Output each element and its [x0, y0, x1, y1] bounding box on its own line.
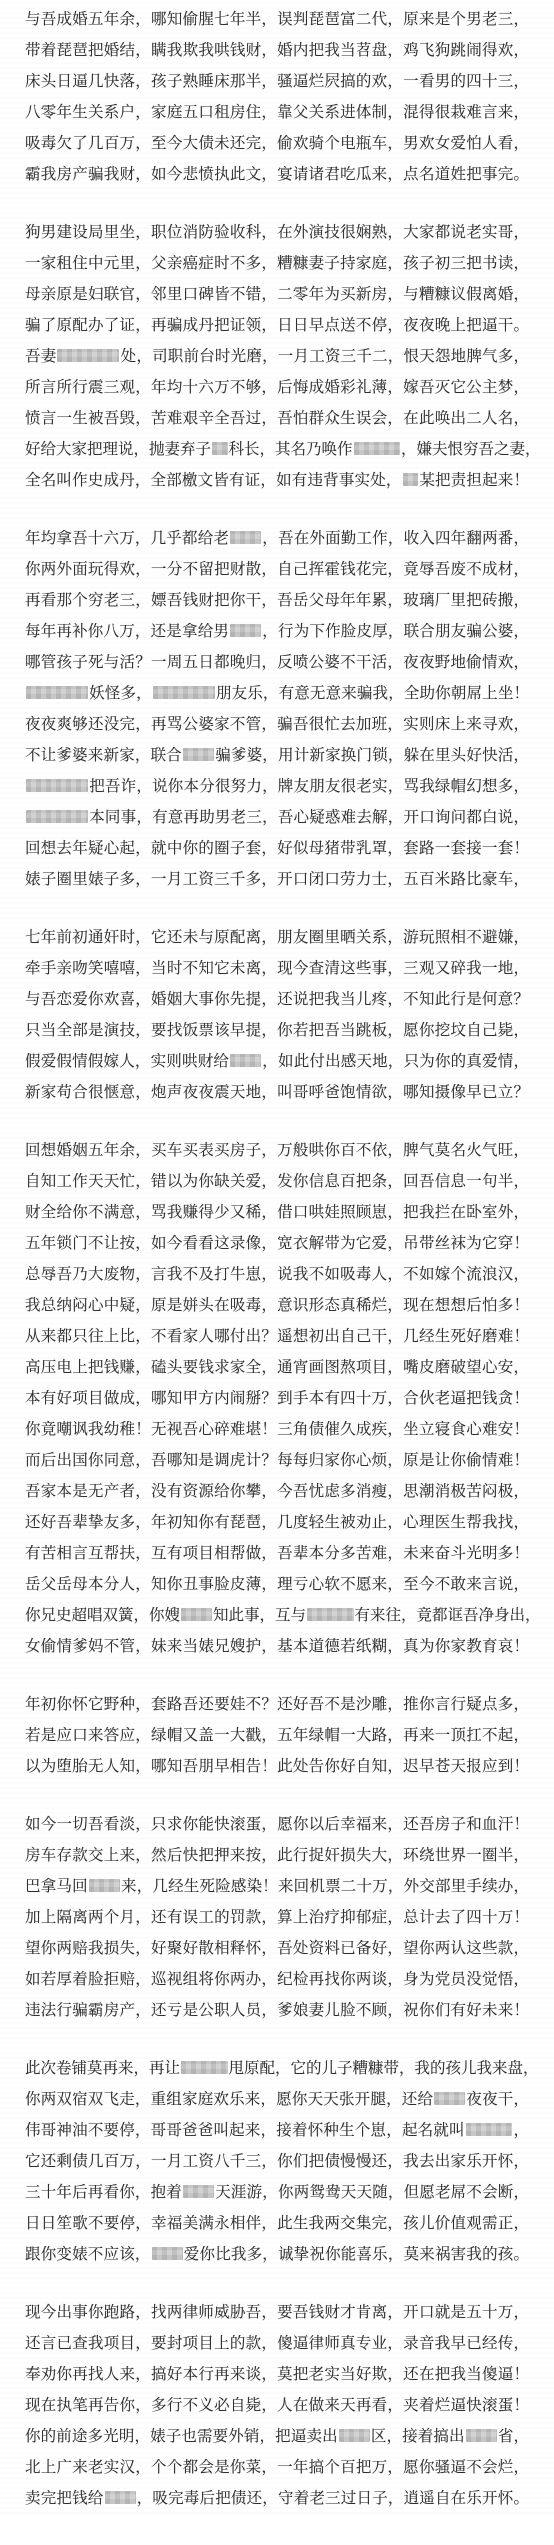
poem-line: 现在执笔再告你，多行不义必自毙，人在做来天再看，夹着烂逼快滚蛋！​ [25, 2390, 529, 2421]
poem-line: 与吾成婚五年余，哪知偷腥七年半，误判琵琶富二代，原来是个男老三，​ [25, 4, 529, 35]
poem-line: 夜夜爽够还没完，再骂公婆家不管，骗吾很忙去加班，实则床上来寻欢，​ [25, 709, 529, 740]
poem-line: 你竟嘲讽我幼稚！无视吾心碎难堪！三角债催久成疾，坐立寝食心难安！​ [25, 1414, 529, 1445]
redaction-box [183, 2185, 214, 2199]
poem-line: 跟你变婊不应该，爱你比我多，诚挚祝你能喜乐，莫来祸害我的孩。​ [25, 2239, 529, 2270]
poem-line: 哪管孩子死与活？一周五日都晚归，反喷公婆不干活，夜夜野地偷情欢，​ [25, 647, 529, 678]
poem-line: 高压电上把钱赚，磕头要钱求家全，通宵画图熬项目，嘴皮磨破望心安，​ [25, 1352, 529, 1383]
poem-line: 以为堕胎无人知，哪知吾朋早相告！此处告你好自知，迟早苍天报应到！​ [25, 1751, 529, 1782]
poem-line: 妖怪多，朋友乐，有意无意来骗我，全助你朝屌上坐！​ [25, 678, 529, 709]
redaction-box [354, 442, 401, 456]
poem-line: 牵手亲吻笑嘻嘻，当时不知它未离，现今查清这些事，三观又碎我一地，​ [25, 953, 529, 984]
poem-line: 加上隔离两个月，还有误工的罚款，算上治疗抑郁症，总计去了四十万！​ [25, 1902, 529, 1933]
poem-paragraph: 狗男建设局里坐，职位消防验收科，在外演技很娴熟，大家都说老实哥，​一家租住中元里… [25, 217, 529, 496]
poem-line: 八零年生关系户，家庭五口租房住，靠父关系进体制，混得很栽难言来，​ [25, 97, 529, 128]
poem-line: 巴拿马回来，几经生死险感染！来回机票二十万，外交部里手续办，​ [25, 1871, 529, 1902]
poem-line: 北上广来老实汉，个个都会是你菜，一年搞个百把万，愿你骚逼不会烂，​ [25, 2452, 529, 2483]
poem-line: 如今一切吾看淡，只求你能快滚蛋，愿你以后幸福来，还吾房子和血汗！​ [25, 1809, 529, 1840]
poem-line: 我总纳闷心中疑，原是姘头在吸毒，意识形态真稀烂，现在想想后怕多！​ [25, 1290, 529, 1321]
poem-line: 你两双宿双飞走，重组家庭欢乐来，愿你天天张开腿，还给夜夜干，​ [25, 2084, 529, 2115]
redaction-box [152, 2247, 183, 2261]
poem-paragraph: 如今一切吾看淡，只求你能快滚蛋，愿你以后幸福来，还吾房子和血汗！​房车存款交上来… [25, 1809, 529, 2026]
poem-line: 从来都只往上比，不看家人哪付出？遥想初出自己干，几经生死好磨难！​ [25, 1321, 529, 1352]
poem-line: 只当全部是演技，要找饭票该早提，你若把吾当跳板，愿你挖坟自己毙，​ [25, 1015, 529, 1046]
redaction-box [26, 686, 88, 700]
poem-line: 年初你怀它野种，套路吾还要娃不？还好吾不是沙雕，推你言行疑点多，​ [25, 1689, 529, 1720]
redaction-box [26, 779, 88, 793]
poem-line: 违法行骗霸房产，还亏是公职人员，爹娘妻儿脸不顾，祝你们有好未来！​ [25, 1995, 529, 2026]
poem-line: 霸我房产骗我财，如今悲愤执此文，宴请诸君吃瓜来，点名道姓把事完。​ [25, 159, 529, 190]
poem-line: 每年再补你八万，还是拿给男，行为下作脸皮厚，联合朋友骗公婆，​ [25, 616, 529, 647]
poem-line: 而后出国你同意，吾哪知是调虎计？每每归家你心烦，原是让你偷情难！​ [25, 1445, 529, 1476]
poem-line: 伟哥神油不要停，哥哥爸爸叫起来，接着怀种生个崽，起名就叫，​ [25, 2115, 529, 2146]
poem-line: 岳父岳母本分人，知你丑事脸皮薄，理亏心软不愿来，至今不敢来言说，​ [25, 1569, 529, 1600]
poem-paragraph: 回想婚姻五年余，买车买表买房子，万般哄你百不依，脾气莫名火气旺，​自知工作天天忙… [25, 1135, 529, 1662]
poem-line: 年均拿吾十六万，几乎都给老，吾在外面勤工作，收入四年翻两番，​ [25, 523, 529, 554]
redaction-box [181, 1608, 212, 1622]
poem-line: 愤言一生被吾毁，苦难艰辛全吾过，吾怕群众生误会，在此唤出二人名，​ [25, 403, 529, 434]
document-page: 与吾成婚五年余，哪知偷腥七年半，误判琵琶富二代，原来是个男老三，​带着琵琶把婚结… [0, 0, 554, 2514]
poem-line: 本有好项目做成，哪知甲方内闹掰？到手本有四十万，合伙老逼把钱贪！​ [25, 1383, 529, 1414]
poem-line: 母亲原是妇联官，邻里口碑皆不错，二零年为买新房，与糟糠议假离婚，​ [25, 279, 529, 310]
redaction-box [57, 349, 119, 363]
poem-text: 与吾成婚五年余，哪知偷腥七年半，误判琵琶富二代，原来是个男老三，​带着琵琶把婚结… [25, 4, 529, 2514]
poem-line: 日日笙歌不要停，幸福美满永相伴，此生我两交集完，孩儿价值观需正，​ [25, 2208, 529, 2239]
poem-line: 它还剩债几百万，一月工资八千三，你们把债慢慢还，我去出家乐开怀，​ [25, 2146, 529, 2177]
redaction-box [230, 531, 261, 545]
poem-line: 假爱假情假嫁人，实则哄财给，如此付出感天地，只为你的真爱情，​ [25, 1046, 529, 1077]
poem-line: 若是应口来答应，绿帽又盖一大戳，五年绿帽一大路，再来一顶扛不起，​ [25, 1720, 529, 1751]
redaction-box [26, 810, 88, 824]
poem-line: 望你两赔我损失，好聚好散相释怀，吾处资料已备好，望你两认这些款，​ [25, 1933, 529, 1964]
poem-line: 吾妻处，司职前台时光磨，一月工资三千二，恨天怨地脾气多，​ [25, 341, 529, 372]
poem-line: 吸毒欠了几百万，至今大债未还完，偷欢骑个电瓶车，男欢女爱怕人看，​ [25, 128, 529, 159]
redaction-box [212, 442, 228, 456]
poem-line: 把吾诈，说你本分很努力，牌友朋友很老实，骂我绿帽幻想多，​ [25, 771, 529, 802]
poem-line: 还好吾辈挚友多，年初知你有琵琶，几度轻生被劝止，心理医生帮我找，​ [25, 1507, 529, 1538]
poem-line: 三十年后再看你，抱着天涯游，你两鸳鸯天天随，但愿老屌不会断，​ [25, 2177, 529, 2208]
poem-line: 与吾恋爱你欢喜，婚姻大事你先提，还说把我当儿疼，不知此行是何意？​ [25, 984, 529, 1015]
poem-line: 床头日逼几快落，孩子熟睡床那半，骚逼烂屄搞的欢，一看男的四十三，​ [25, 66, 529, 97]
poem-line: 婊子圈里婊子多，一月工资三千多，开口闭口劳力士，五百米路比豪车，​ [25, 864, 529, 895]
poem-line: 再看那个穷老三，嫖吾钱财把你干，吾岳父母年年累，玻璃厂里把砖搬，​ [25, 585, 529, 616]
poem-line: 有苦相言互帮扶，互有项目相帮做，吾辈本分多苦难，未来奋斗光明多！​ [25, 1538, 529, 1569]
redaction-box [466, 2429, 497, 2443]
redaction-box [434, 2092, 465, 2106]
poem-line: 五年锁门不让按，如今看看这录像，宽衣解带为它爱，吊带丝袜为它穿！​ [25, 1228, 529, 1259]
poem-line: 奉劝你再找人来，搞好本行再来谈，莫把老实当好欺，还在把我当傻逼！​ [25, 2359, 529, 2390]
poem-line: 卖完把钱给，吸完毒后把债还，守着老三过日子，逍遥自在乐开怀。​ [25, 2483, 529, 2514]
poem-line: 女偷情爹妈不管，妹来当婊兄嫂护，基本道德若纸糊，真为你家教育哀！​ [25, 1631, 529, 1662]
poem-line: 狗男建设局里坐，职位消防验收科，在外演技很娴熟，大家都说老实哥，​ [25, 217, 529, 248]
poem-paragraph: 与吾成婚五年余，哪知偷腥七年半，误判琵琶富二代，原来是个男老三，​带着琵琶把婚结… [25, 4, 529, 190]
poem-line: 房车存款交上来，然后快把押来按，此行捉奸损失大，环绕世界一圈半，​ [25, 1840, 529, 1871]
poem-line: 现今出事你跑路，找两律师威胁吾，要吾钱财才肯离，开口就是五十万，​ [25, 2297, 529, 2328]
redaction-box [230, 1054, 261, 1068]
redaction-box [105, 2491, 136, 2505]
redaction-box [183, 748, 214, 762]
poem-line: 财全给你不满意，骂我赚得少又稀，借口哄娃照顾崽，把我拦在卧室外，​ [25, 1197, 529, 1228]
poem-line: 好给大家把理说，抛妻弃子科长，其名乃唤作，嫌夫恨穷吾之妻，​ [25, 434, 529, 465]
poem-paragraph: 年均拿吾十六万，几乎都给老，吾在外面勤工作，收入四年翻两番，​你两外面玩得欢，一… [25, 523, 529, 895]
poem-line: 你两外面玩得欢，一分不留把财散，自己挥霍钱花完，竟辱吾废不成材，​ [25, 554, 529, 585]
poem-line: 不让爹婆来新家，联合骗爹婆，用计新家换门锁，躲在里头好快活，​ [25, 740, 529, 771]
poem-line: 你兄史超唱双簧，你嫂知此事，互与有来往，竟都诓吾净身出，​ [25, 1600, 529, 1631]
poem-line: 回想婚姻五年余，买车买表买房子，万般哄你百不依，脾气莫名火气旺，​ [25, 1135, 529, 1166]
poem-line: 回想去年疑心起，就中你的圈子套，好似母猪带乳罩，套路一套接一套！​ [25, 833, 529, 864]
poem-line: 一家租住中元里，父亲癌症时不多，糟糠妻子持家庭，孩子初三把书读，​ [25, 248, 529, 279]
redaction-box [230, 624, 261, 638]
poem-line: 如若厚着脸拒赔，巡视组将你两办，纪检再找你两谈，身为党员没觉悟，​ [25, 1964, 529, 1995]
poem-paragraph: 七年前初通奸时，它还未与原配离，朋友圈里晒关系，游玩照相不避嫌，​牵手亲吻笑嘻嘻… [25, 922, 529, 1108]
poem-line: 吾家本是无产者，没有资源给你攀，今吾忧虑多消瘦，思潮消极苦闷极，​ [25, 1476, 529, 1507]
redaction-box [403, 473, 419, 487]
redaction-box [466, 2123, 513, 2137]
poem-line: 总辱吾乃大废物，言我不及打牛崽，说我不如吸毒人，不如嫁个流浪汉，​ [25, 1259, 529, 1290]
redaction-box [339, 2429, 370, 2443]
redaction-box [181, 2061, 228, 2075]
poem-line: 本同事，有意再助男老三，吾心疑惑难去解，开口询问都白说，​ [25, 802, 529, 833]
poem-paragraph: 年初你怀它野种，套路吾还要娃不？还好吾不是沙雕，推你言行疑点多，​若是应口来答应… [25, 1689, 529, 1782]
poem-line: 你的前途多光明，婊子也需要外销，把逼卖出区，接着搞出省，​ [25, 2421, 529, 2452]
poem-line: 带着琵琶把婚结，瞒我欺我哄钱财，婚内把我当苕盘，鸡飞狗跳闹得欢，​ [25, 35, 529, 66]
redaction-box [89, 1879, 120, 1893]
poem-line: 新家苟合很惬意，炮声夜夜震天地，叫哥呼爸饱情欲，哪知摄像早已立？​ [25, 1077, 529, 1108]
poem-line: 全名叫作史成丹，全部檄文皆有证，如有违背事实处，某把责担起来！​ [25, 465, 529, 496]
poem-line: 所言所行震三观，年均十六万不够，后悔成婚彩礼薄，嫁吾灭它公主梦，​ [25, 372, 529, 403]
poem-line: 骗了原配办了证，再骗成丹把证领，日日早点送不停，夜夜晚上把逼干。​ [25, 310, 529, 341]
poem-paragraph: 现今出事你跑路，找两律师威胁吾，要吾钱财才肯离，开口就是五十万，​还言已查我项目… [25, 2297, 529, 2514]
redaction-box [307, 1608, 354, 1622]
poem-line: 还言已查我项目，要封项目上的款，傻逼律师真专业，录音我早已经传，​ [25, 2328, 529, 2359]
poem-line: 自知工作天天忙，错以为你缺关爱，发你信息百把条，回吾信息一句半，​ [25, 1166, 529, 1197]
redaction-box [153, 686, 215, 700]
poem-line: 此次卷铺莫再来，再让甩原配，它的儿子糟糠带，我的孩儿我来盘，​ [25, 2053, 529, 2084]
poem-line: 七年前初通奸时，它还未与原配离，朋友圈里晒关系，游玩照相不避嫌，​ [25, 922, 529, 953]
poem-paragraph: 此次卷铺莫再来，再让甩原配，它的儿子糟糠带，我的孩儿我来盘，​你两双宿双飞走，重… [25, 2053, 529, 2270]
